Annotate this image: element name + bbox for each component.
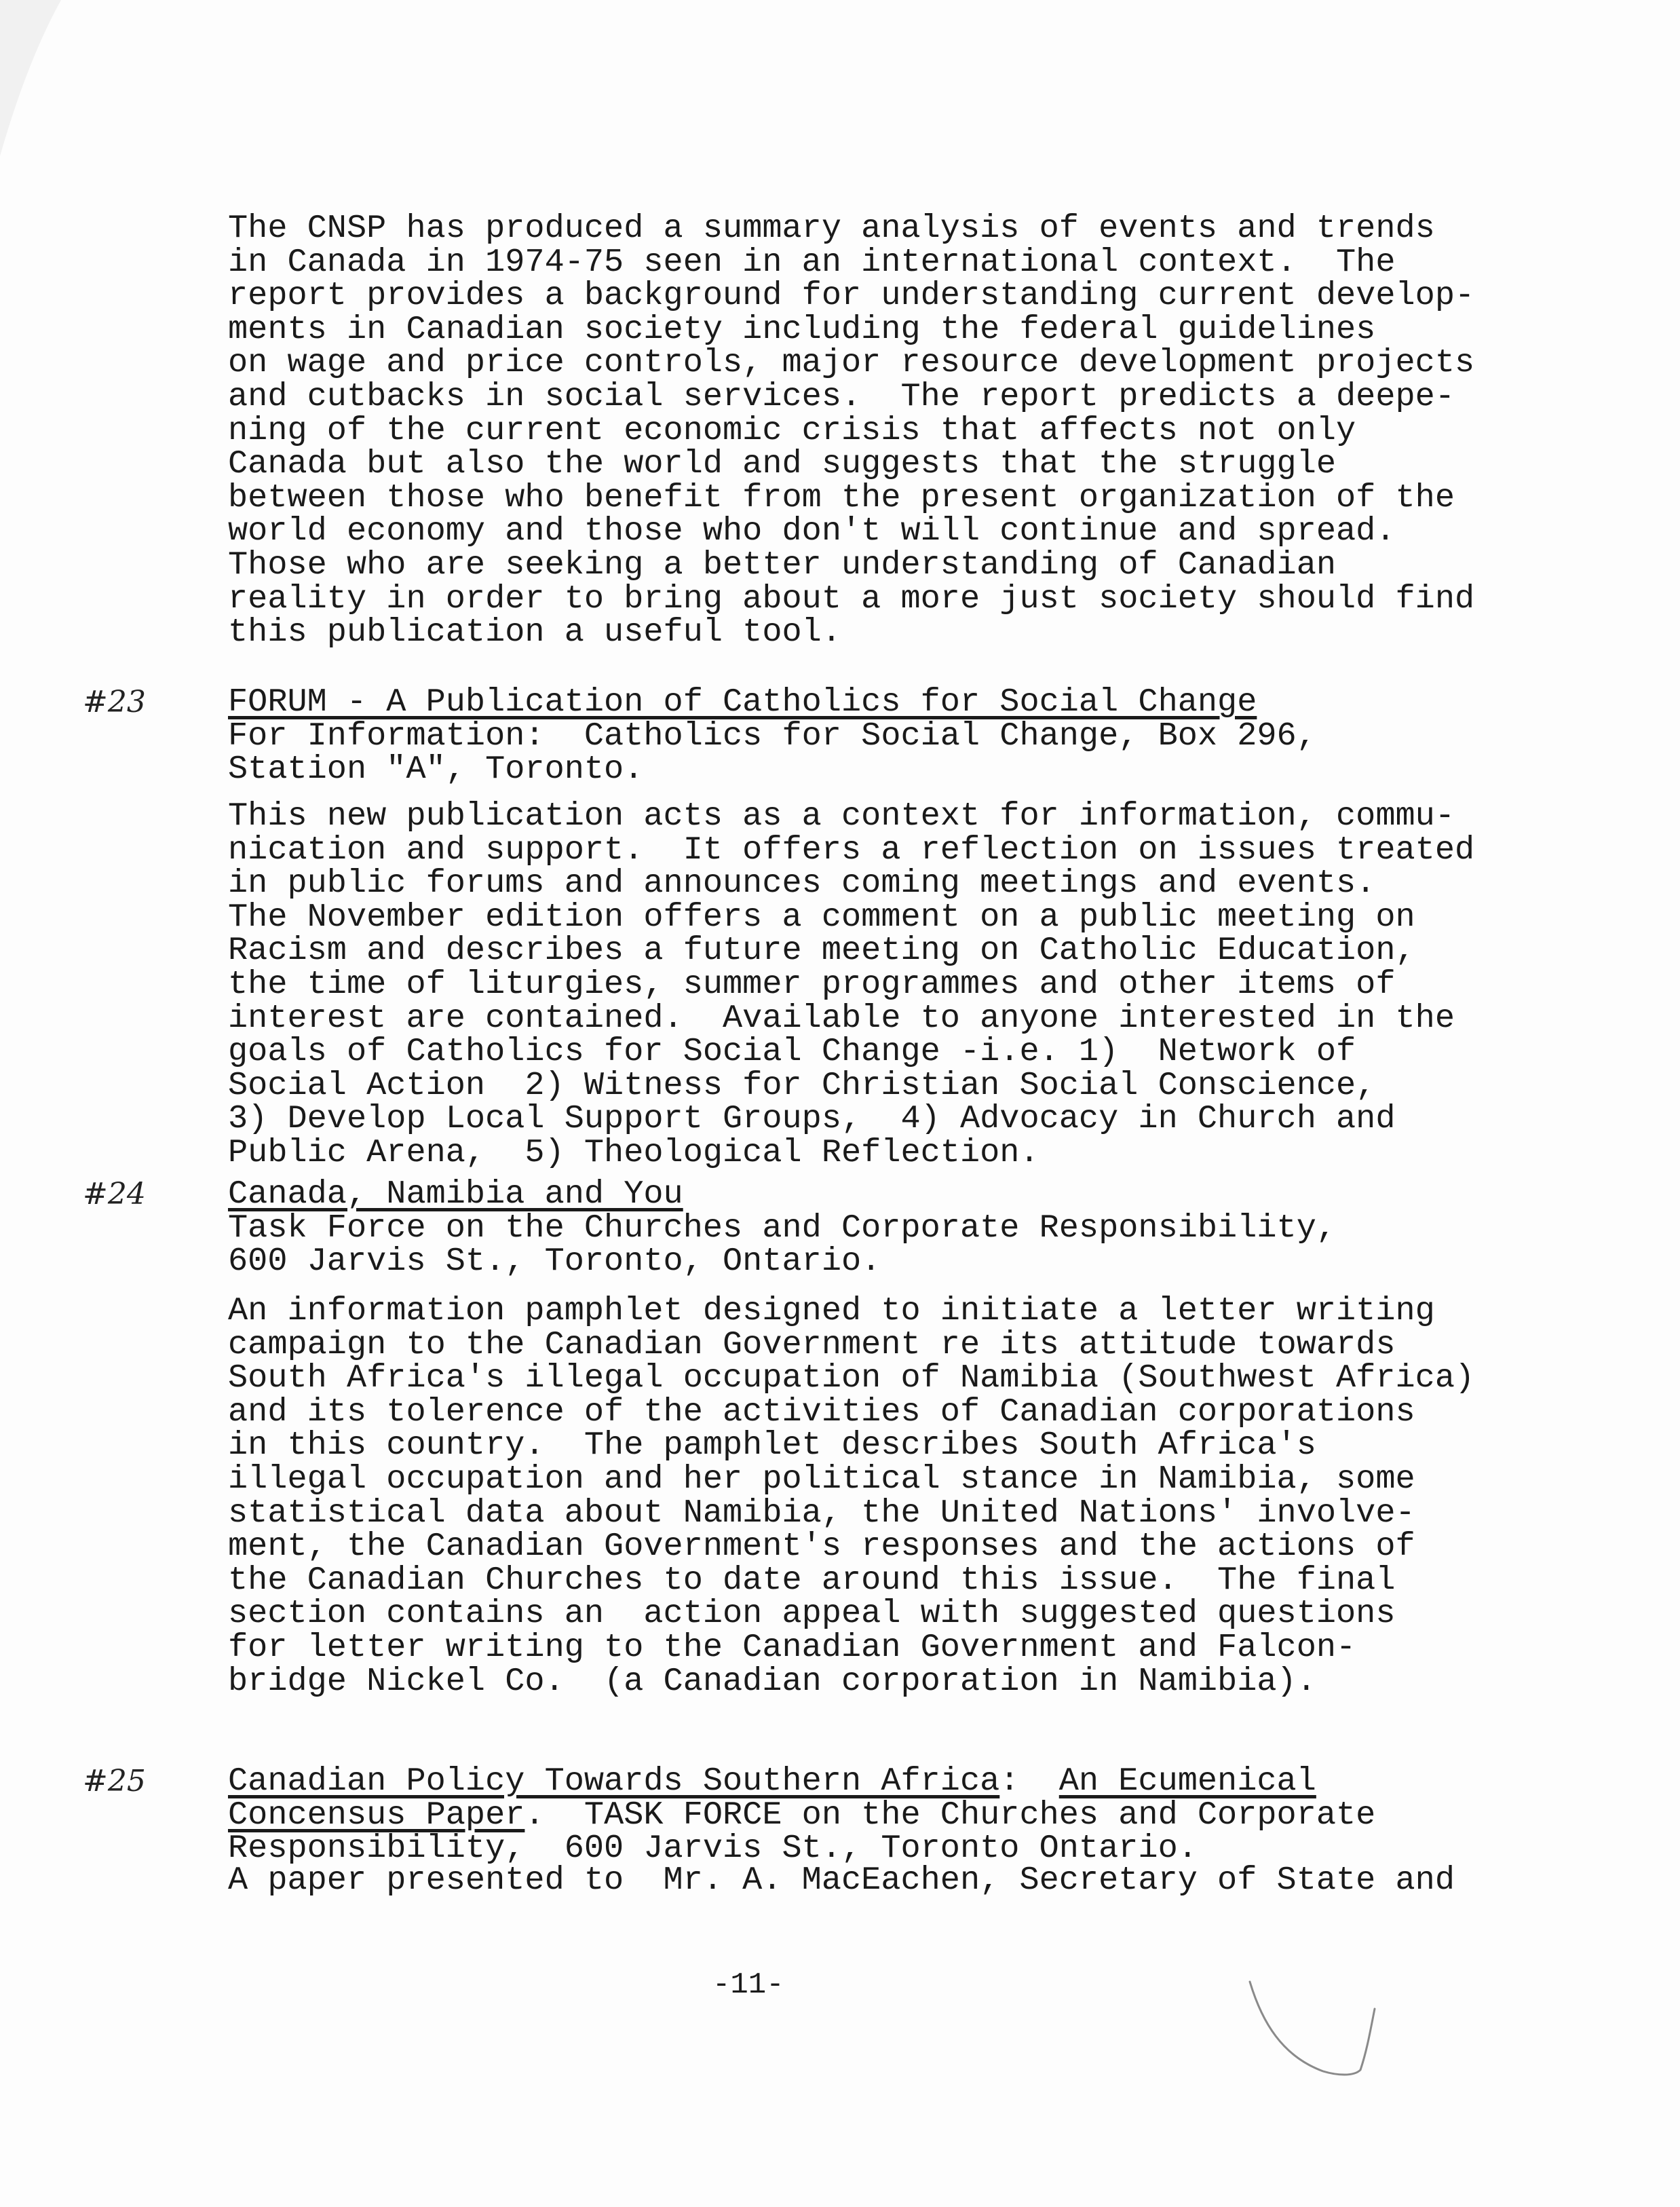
text-line: ments in Canadian society including the …	[228, 313, 1474, 347]
entry-info-line: Task Force on the Churches and Corporate…	[228, 1211, 1336, 1245]
entry-title-separator: :	[999, 1762, 1058, 1800]
text-line: and its tolerence of the activities of C…	[228, 1395, 1474, 1429]
text-line: The CNSP has produced a summary analysis…	[228, 212, 1474, 246]
text-line: A paper presented to Mr. A. MacEachen, S…	[228, 1864, 1455, 1898]
text-line: An information pamphlet designed to init…	[228, 1294, 1474, 1328]
text-line: bridge Nickel Co. (a Canadian corporatio…	[228, 1665, 1474, 1699]
entry-title-underlined: Canada, Namibia and You	[228, 1175, 683, 1213]
text-line: Canada but also the world and suggests t…	[228, 447, 1474, 481]
text-line: Those who are seeking a better understan…	[228, 548, 1474, 582]
page-number: -11-	[712, 1968, 784, 2002]
text-line: and cutbacks in social services. The rep…	[228, 380, 1474, 414]
text-line: this publication a useful tool.	[228, 616, 1474, 649]
entry-title: Canadian Policy Towards Southern Africa:…	[228, 1765, 1375, 1798]
entry-23-body: This new publication acts as a context f…	[228, 799, 1474, 1170]
text-line: the Canadian Churches to date around thi…	[228, 1564, 1474, 1598]
text-line: in Canada in 1974-75 seen in an internat…	[228, 246, 1474, 280]
entry-info-line: For Information: Catholics for Social Ch…	[228, 719, 1316, 753]
text-line: The November edition offers a comment on…	[228, 901, 1474, 935]
entry-number: #25	[83, 1765, 146, 1798]
text-line: in public forums and announces coming me…	[228, 867, 1474, 901]
entry-title-underlined: FORUM - A Publication of Catholics for S…	[228, 683, 1257, 721]
text-line: This new publication acts as a context f…	[228, 799, 1474, 833]
entry-title-underlined: Canadian Policy Towards Southern Africa	[228, 1762, 999, 1800]
text-line: ment, the Canadian Government's response…	[228, 1530, 1474, 1564]
text-line: Social Action 2) Witness for Christian S…	[228, 1069, 1474, 1103]
entry-24-header: Canada, Namibia and You Task Force on th…	[228, 1177, 1336, 1279]
pencil-mark-icon	[1242, 1975, 1398, 2097]
text-line: South Africa's illegal occupation of Nam…	[228, 1361, 1474, 1395]
text-line: statistical data about Namibia, the Unit…	[228, 1496, 1474, 1530]
text-line: 3) Develop Local Support Groups, 4) Advo…	[228, 1102, 1474, 1136]
text-line: between those who benefit from the prese…	[228, 481, 1474, 515]
entry-info-line: Station "A", Toronto.	[228, 753, 1316, 787]
entry-number: #24	[83, 1177, 146, 1211]
entry-info-line: Responsibility, 600 Jarvis St., Toronto …	[228, 1832, 1375, 1866]
text-line: on wage and price controls, major resour…	[228, 346, 1474, 380]
text-line: nication and support. It offers a reflec…	[228, 833, 1474, 867]
entry-23-header: FORUM - A Publication of Catholics for S…	[228, 685, 1316, 787]
text-line: illegal occupation and her political sta…	[228, 1463, 1474, 1496]
text-line: Racism and describes a future meeting on…	[228, 934, 1474, 968]
text-line: world economy and those who don't will c…	[228, 514, 1474, 548]
text-line: goals of Catholics for Social Change -i.…	[228, 1035, 1474, 1069]
text-line: reality in order to bring about a more j…	[228, 582, 1474, 616]
text-line: the time of liturgies, summer programmes…	[228, 968, 1474, 1002]
text-line: section contains an action appeal with s…	[228, 1597, 1474, 1631]
entry-info-line: 600 Jarvis St., Toronto, Ontario.	[228, 1245, 1336, 1279]
text-line: ning of the current economic crisis that…	[228, 414, 1474, 448]
entry-title: FORUM - A Publication of Catholics for S…	[228, 685, 1316, 719]
text-line: for letter writing to the Canadian Gover…	[228, 1631, 1474, 1665]
entry-title: Concensus Paper. TASK FORCE on the Churc…	[228, 1798, 1375, 1832]
text-line: in this country. The pamphlet describes …	[228, 1429, 1474, 1463]
entry-24-body: An information pamphlet designed to init…	[228, 1294, 1474, 1698]
text-line: interest are contained. Available to any…	[228, 1002, 1474, 1036]
intro-paragraph: The CNSP has produced a summary analysis…	[228, 212, 1474, 649]
entry-title-rest: . TASK FORCE on the Churches and Corpora…	[524, 1796, 1375, 1834]
entry-title-underlined: Concensus Paper	[228, 1796, 524, 1834]
page-corner-shadow	[0, 0, 81, 163]
text-line: report provides a background for underst…	[228, 279, 1474, 313]
entry-title: Canada, Namibia and You	[228, 1177, 1336, 1211]
entry-25-header: Canadian Policy Towards Southern Africa:…	[228, 1765, 1375, 1866]
entry-number: #23	[83, 685, 146, 719]
document-page: The CNSP has produced a summary analysis…	[0, 0, 1680, 2207]
text-line: campaign to the Canadian Government re i…	[228, 1328, 1474, 1362]
entry-title-underlined: An Ecumenical	[1059, 1762, 1316, 1800]
text-line: Public Arena, 5) Theological Reflection.	[228, 1136, 1474, 1170]
entry-25-body: A paper presented to Mr. A. MacEachen, S…	[228, 1864, 1455, 1898]
